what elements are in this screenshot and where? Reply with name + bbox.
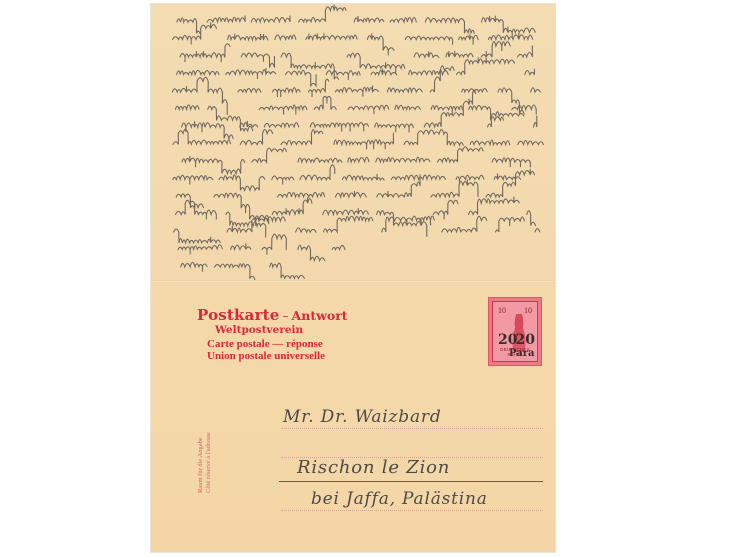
stamp-value-left: 10	[498, 306, 506, 315]
address-recipient: Mr. Dr. Waizbard	[283, 407, 442, 427]
card-heading: Postkarte–Antwort	[197, 305, 348, 324]
title-separator: –	[283, 309, 289, 323]
side-note-line-1: Raum für die Angabe	[197, 432, 205, 493]
message-lines: vom Osten in die Ukraine Palästina und b…	[151, 4, 555, 280]
address-side-note: Raum für die Angabe Côté réservé à l'adr…	[197, 432, 213, 493]
title-antwort: Antwort	[292, 308, 348, 323]
handwritten-message: vom Osten in die Ukraine Palästina und b…	[151, 4, 555, 280]
address-rule-4	[281, 510, 543, 511]
side-note-line-2: Côté réservé à l'adresse	[205, 432, 213, 493]
message-half: vom Osten in die Ukraine Palästina und b…	[151, 4, 555, 280]
imprinted-stamp: 10 10 20 20 Para DEUTSCHES REICH	[488, 297, 542, 366]
stamp-frame: 10 10 20 20 Para DEUTSCHES REICH	[492, 301, 538, 362]
french-line-2: Union postale universelle	[207, 350, 325, 362]
stamp-issuer: DEUTSCHES REICH	[496, 347, 534, 357]
title-postkarte: Postkarte	[197, 306, 280, 324]
union-german: Weltpostverein	[215, 324, 303, 336]
postcard: vom Osten in die Ukraine Palästina und b…	[151, 4, 555, 552]
address-rule-underlined	[279, 481, 543, 482]
address-region: bei Jaffa, Palästina	[311, 489, 488, 509]
address-half: Postkarte–Antwort Weltpostverein Carte p…	[151, 283, 555, 552]
address-town: Rischon le Zion	[297, 457, 450, 478]
overprint-right: 20	[516, 332, 535, 348]
address-rule-1	[281, 428, 543, 429]
french-line-1: Carte postale — réponse	[207, 338, 323, 350]
